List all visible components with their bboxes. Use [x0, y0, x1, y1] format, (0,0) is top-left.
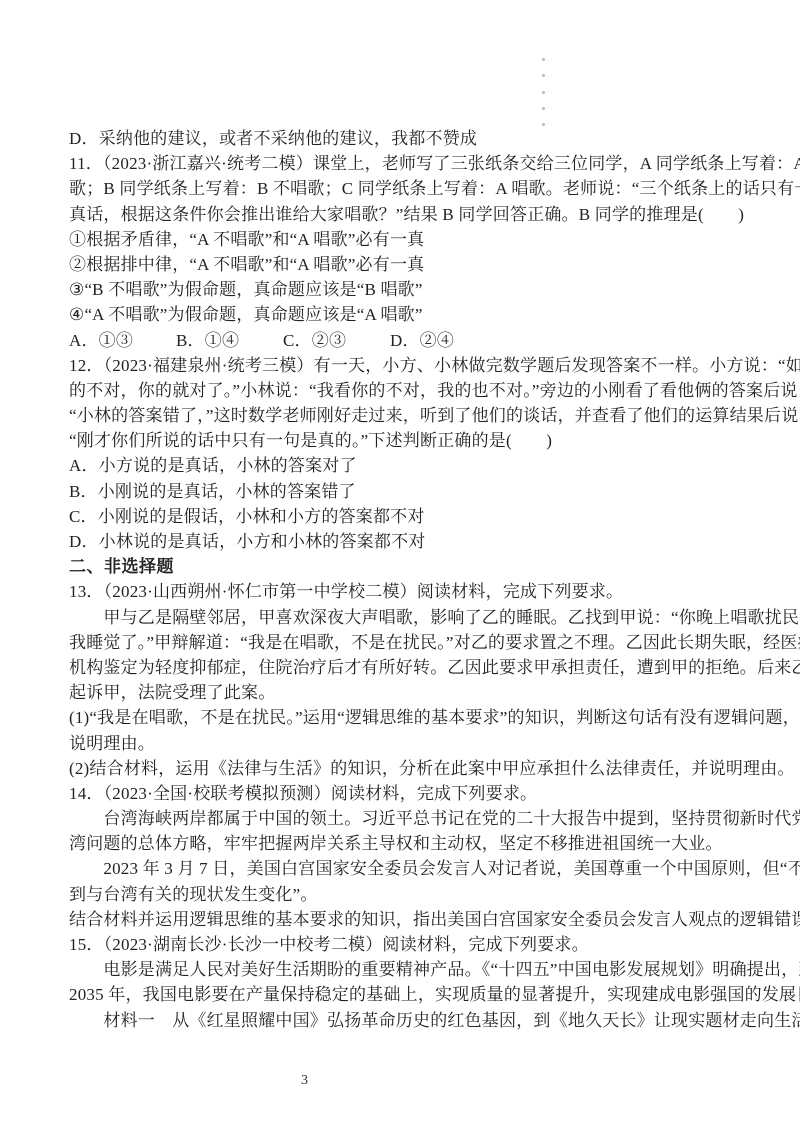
- q11-stem-line-3: 真话，根据这条件你会推出谁给大家唱歌？”结果 B 同学回答正确。B 同学的推理是…: [69, 202, 737, 227]
- q12-option-a: A．小方说的是真话，小林的答案对了: [69, 453, 737, 478]
- q15-material-line-2: 2035 年，我国电影要在产量保持稳定的基础上，实现质量的显著提升，实现建成电影…: [69, 982, 737, 1007]
- q12-option-b: B．小刚说的是真话，小林的答案错了: [69, 479, 737, 504]
- q12-stem-line-4: “刚才你们所说的话中只有一句是真的。”下述判断正确的是( ): [69, 428, 737, 453]
- q12-stem-line-2: 的不对，你的就对了。”小林说：“我看你的不对，我的也不对。”旁边的小刚看了看他俩…: [69, 378, 737, 403]
- q11-choice-b: B．①④: [176, 328, 283, 353]
- q13-material-line-4: 起诉甲，法院受理了此案。: [69, 680, 737, 705]
- q11-stem-line-2: 歌；B 同学纸条上写着：B 不唱歌；C 同学纸条上写着：A 唱歌。老师说：“三个…: [69, 176, 737, 201]
- q15-header: 15．（2023·湖南长沙·长沙一中校考二模）阅读材料，完成下列要求。: [69, 932, 737, 957]
- q11-statement-3: ③“B 不唱歌”为假命题，真命题应该是“B 唱歌”: [69, 277, 737, 302]
- q13-material-line-1: 甲与乙是隔壁邻居，甲喜欢深夜大声唱歌，影响了乙的睡眠。乙找到甲说：“你晚上唱歌扰…: [69, 605, 737, 630]
- q13-subquestion-1-line-2: 说明理由。: [69, 731, 737, 756]
- q13-material-line-2: 我睡觉了。”甲辩解道：“我是在唱歌，不是在扰民。”对乙的要求置之不理。乙因此长期…: [69, 630, 737, 655]
- q13-subquestion-2: (2)结合材料，运用《法律与生活》的知识，分析在此案中甲应承担什么法律责任，并说…: [69, 756, 737, 781]
- q11-statement-4: ④“A 不唱歌”为假命题，真命题应该是“A 唱歌”: [69, 302, 737, 327]
- q14-material-line-3: 2023 年 3 月 7 日，美国白宫国家安全委员会发言人对记者说，美国尊重一个…: [69, 856, 737, 881]
- q15-material-line-3: 材料一 从《红星照耀中国》弘扬革命历史的红色基因，到《地久天长》让现实题材走向生…: [69, 1008, 737, 1033]
- q11-statement-2: ②根据排中律，“A 不唱歌”和“A 唱歌”必有一真: [69, 252, 737, 277]
- page-content: D．采纳他的建议，或者不采纳他的建议，我都不赞成 11．（2023·浙江嘉兴·统…: [69, 126, 737, 1033]
- q11-choices-row: A．①③ B．①④ C．②③ D．②④: [69, 328, 737, 353]
- section-2-header: 二、非选择题: [69, 554, 737, 579]
- q14-material-line-4: 到与台湾有关的现状发生变化”。: [69, 882, 737, 907]
- q14-task: 结合材料并运用逻辑思维的基本要求的知识，指出美国白宫国家安全委员会发言人观点的逻…: [69, 907, 737, 932]
- q12-stem-line-1: 12．（2023·福建泉州·统考三模）有一天，小方、小林做完数学题后发现答案不一…: [69, 353, 737, 378]
- q14-material-line-1: 台湾海峡两岸都属于中国的领土。习近平总书记在党的二十大报告中提到，坚持贯彻新时代…: [69, 806, 737, 831]
- q13-material-line-3: 机构鉴定为轻度抑郁症，住院治疗后才有所好转。乙因此要求甲承担责任，遭到甲的拒绝。…: [69, 655, 737, 680]
- q13-subquestion-1-line-1: (1)“我是在唱歌，不是在扰民。”运用“逻辑思维的基本要求”的知识，判断这句话有…: [69, 705, 737, 730]
- q11-choice-c: C．②③: [283, 328, 390, 353]
- q12-option-c: C．小刚说的是假话，小林和小方的答案都不对: [69, 504, 737, 529]
- page-number: 3: [301, 1073, 308, 1089]
- q15-material-line-1: 电影是满足人民对美好生活期盼的重要精神产品。《“十四五”中国电影发展规划》明确提…: [69, 957, 737, 982]
- q13-header: 13．（2023·山西朔州·怀仁市第一中学校二模）阅读材料，完成下列要求。: [69, 579, 737, 604]
- q11-statement-1: ①根据矛盾律，“A 不唱歌”和“A 唱歌”必有一真: [69, 227, 737, 252]
- q11-stem-line-1: 11．（2023·浙江嘉兴·统考二模）课堂上，老师写了三张纸条交给三位同学，A …: [69, 151, 737, 176]
- q14-header: 14．（2023·全国·校联考模拟预测）阅读材料，完成下列要求。: [69, 781, 737, 806]
- q11-choice-d: D．②④: [390, 328, 454, 353]
- q12-option-d: D．小林说的是真话，小方和小林的答案都不对: [69, 529, 737, 554]
- q12-stem-line-3: “小林的答案错了，”这时数学老师刚好走过来，听到了他们的谈话，并查看了他们的运算…: [69, 403, 737, 428]
- scan-artifact-dots: [542, 58, 546, 128]
- document-page: D．采纳他的建议，或者不采纳他的建议，我都不赞成 11．（2023·浙江嘉兴·统…: [0, 0, 800, 1132]
- q10-option-d: D．采纳他的建议，或者不采纳他的建议，我都不赞成: [69, 126, 737, 151]
- q14-material-line-2: 湾问题的总体方略，牢牢把握两岸关系主导权和主动权，坚定不移推进祖国统一大业。: [69, 831, 737, 856]
- q11-choice-a: A．①③: [69, 328, 176, 353]
